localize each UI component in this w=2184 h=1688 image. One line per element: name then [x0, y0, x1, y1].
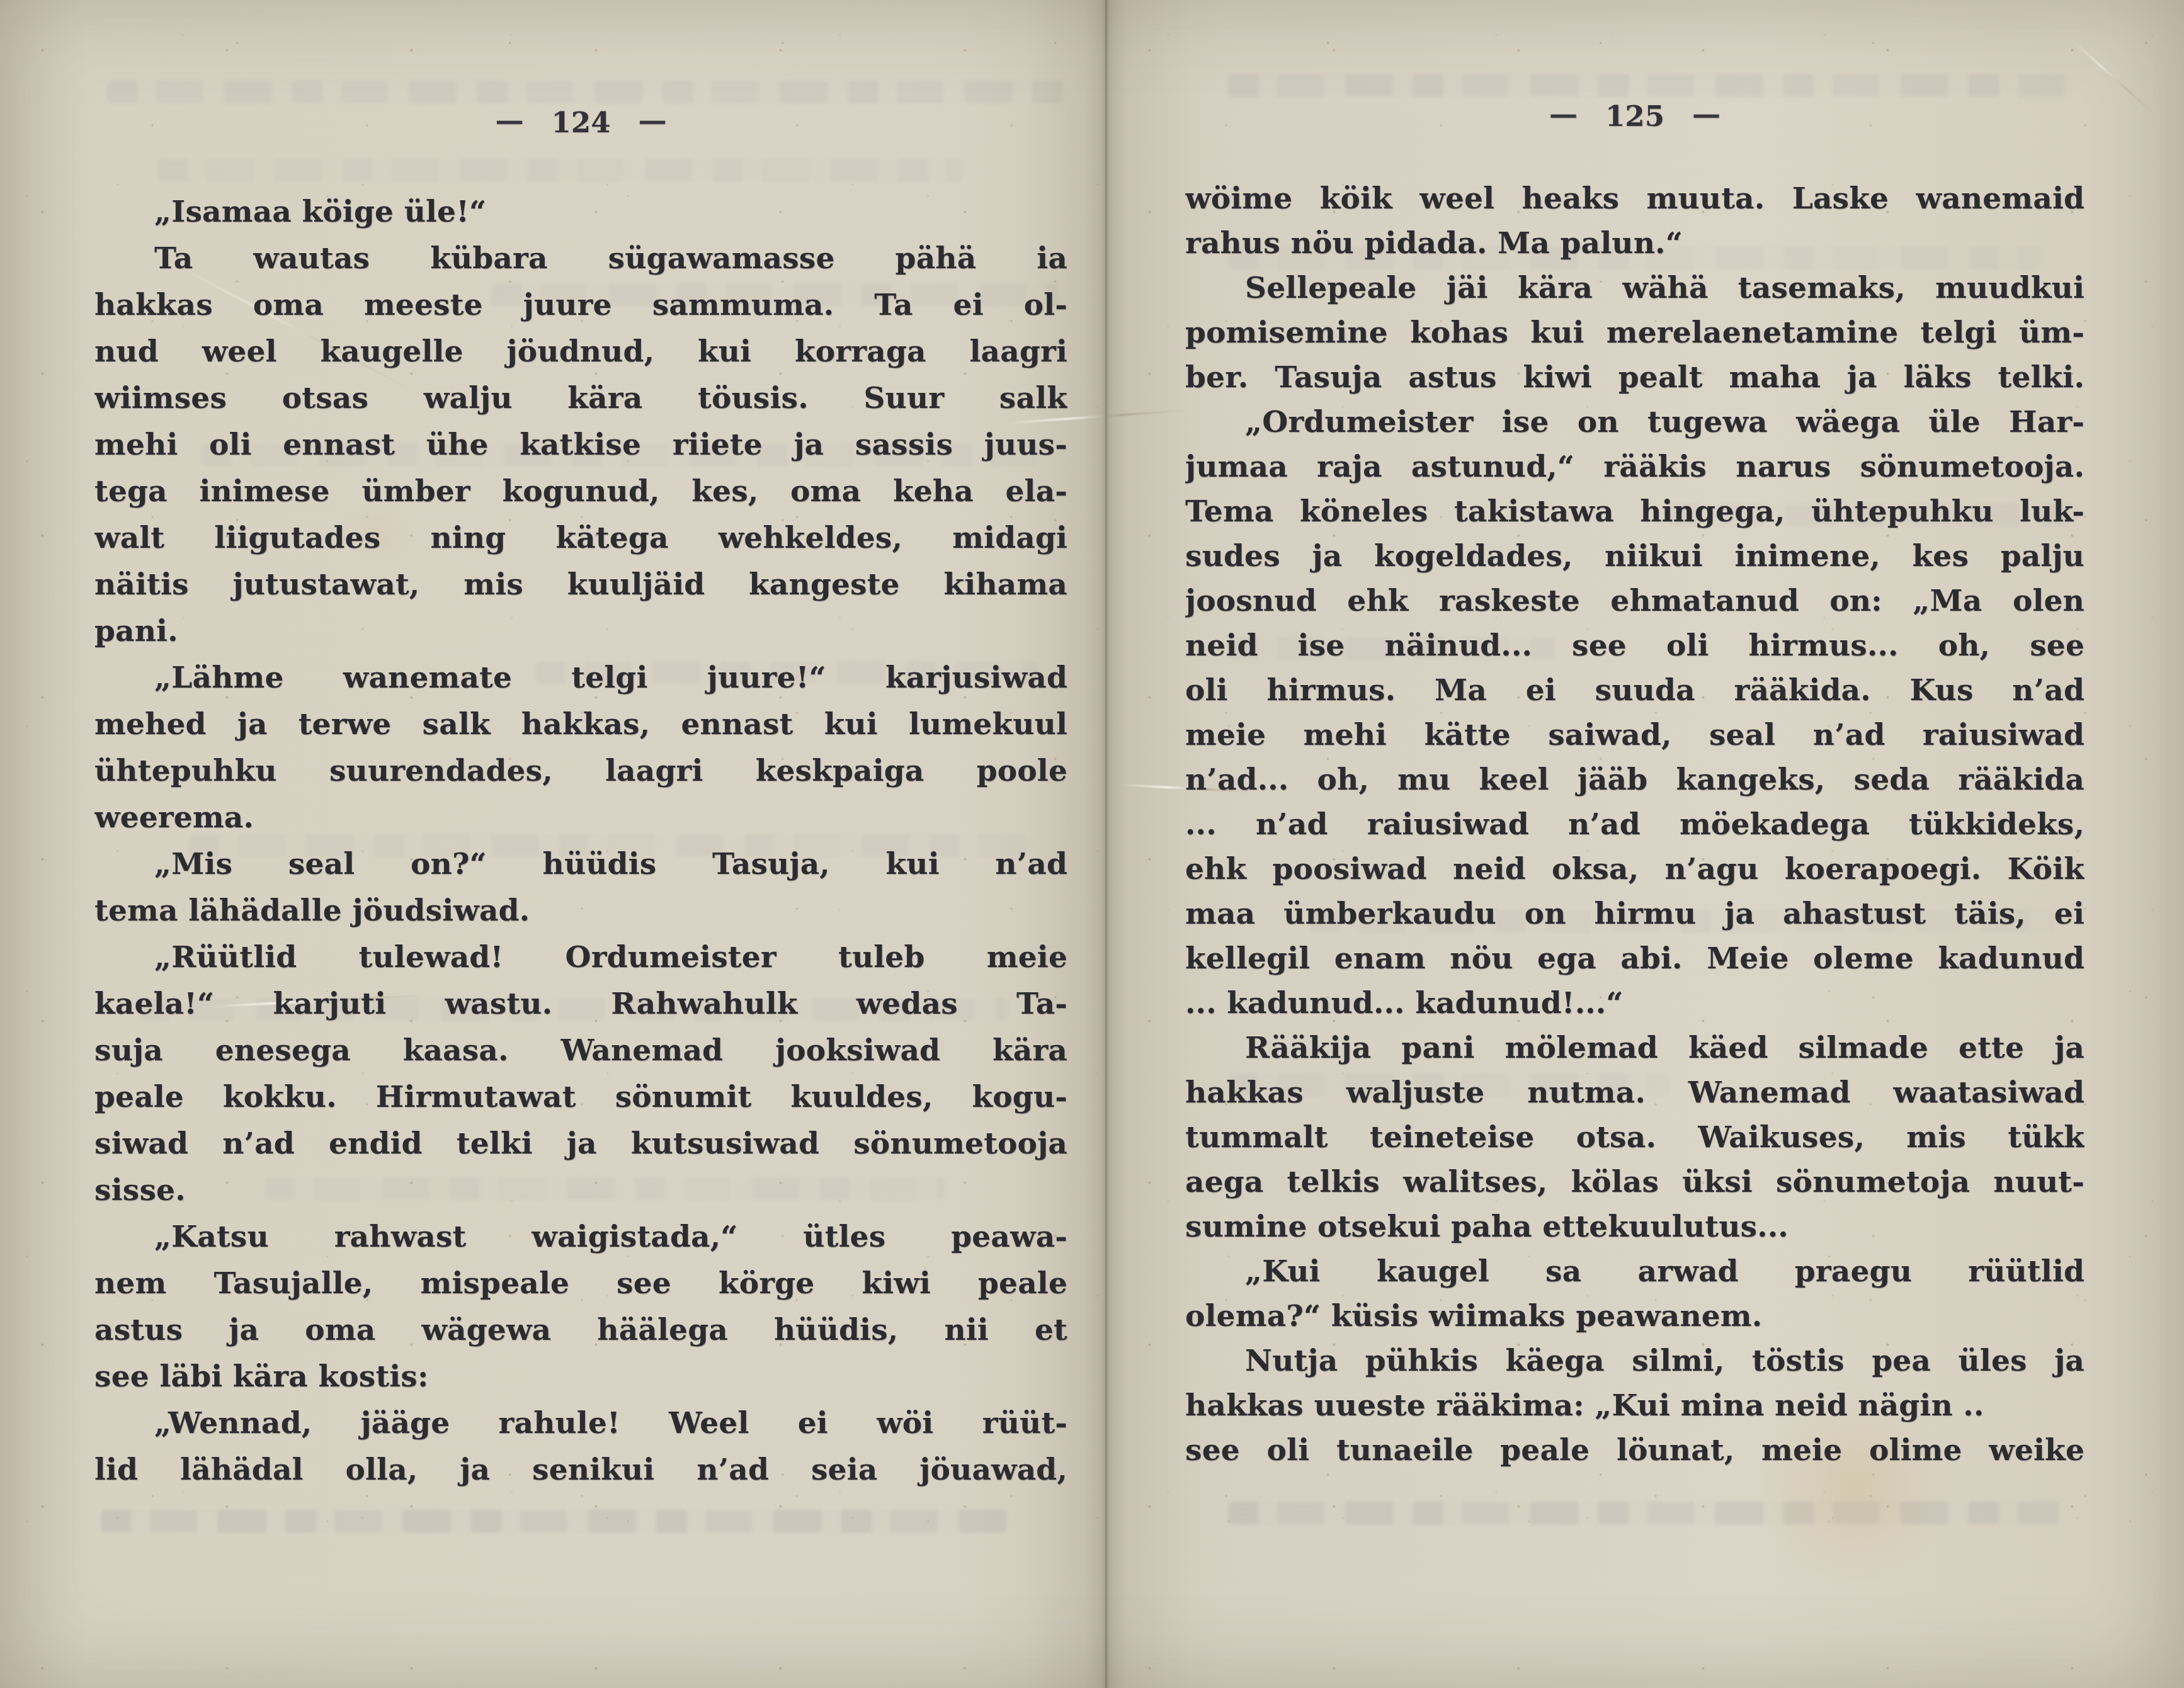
text-line: „Wennad, jääge rahule! Weel ei wöi rüüt- [94, 1400, 1067, 1447]
header-dash-icon: — [638, 103, 666, 137]
showthrough-ghost-line [1228, 74, 2072, 97]
text-line: ühtepuhku suurendades, laagri keskpaiga … [94, 748, 1067, 795]
page-number-header-left: —124— [94, 106, 1067, 139]
text-line: oli hirmus. Ma ei suuda rääkida. Kus n’a… [1185, 668, 2084, 713]
text-line: mehed ja terwe salk hakkas, ennast kui l… [94, 701, 1067, 748]
text-line: Tema köneles takistawa hingega, ühtepuhk… [1185, 489, 2084, 534]
text-column-left: „Isamaa köige üle!“Ta wautas kübara süga… [94, 189, 1067, 1493]
text-line: olema?“ küsis wiimaks peawanem. [1185, 1294, 2084, 1339]
text-line: „Katsu rahwast waigistada,“ ütles peawa- [94, 1214, 1067, 1260]
page-number: 124 [552, 106, 611, 139]
text-line: „Kui kaugel sa arwad praegu rüütlid [1185, 1249, 2084, 1294]
text-line: siwad n’ad endid telki ja kutsusiwad sön… [94, 1121, 1067, 1167]
text-line: ber. Tasuja astus kiwi pealt maha ja läk… [1185, 355, 2084, 400]
text-line: lid lähädal olla, ja senikui n’ad seia j… [94, 1447, 1067, 1493]
text-line: ... kadunud... kadunud!...“ [1185, 981, 2084, 1026]
text-line: „Ordumeister ise on tugewa wäega üle Har… [1185, 400, 2084, 445]
text-line: tega inimese ümber kogunud, kes, oma keh… [94, 468, 1067, 515]
text-line: astus ja oma wägewa häälega hüüdis, nii … [94, 1307, 1067, 1354]
text-line: „Rüütlid tulewad! Ordumeister tuleb meie [94, 934, 1067, 981]
text-line: ... n’ad raiusiwad n’ad möekadega tükkid… [1185, 802, 2084, 847]
text-line: Sellepeale jäi kära wähä tasemaks, muudk… [1185, 266, 2084, 310]
text-line: wöime köik weel heaks muuta. Laske wanem… [1185, 176, 2084, 221]
showthrough-ghost-line [157, 159, 964, 181]
book-gutter-fold-line [1105, 0, 1107, 1688]
text-line: hakkas waljuste nutma. Wanemad waatasiwa… [1185, 1070, 2084, 1115]
text-line: meie mehi kätte saiwad, seal n’ad raiusi… [1185, 713, 2084, 757]
showthrough-ghost-line [107, 81, 1064, 103]
book-spread: —124— „Isamaa köige üle!“Ta wautas kübar… [0, 0, 2184, 1688]
text-line: „Mis seal on?“ hüüdis Tasuja, kui n’ad [94, 841, 1067, 888]
text-line: walt liigutades ning kätega wehkeldes, m… [94, 515, 1067, 562]
text-line: nem Tasujalle, mispeale see körge kiwi p… [94, 1260, 1067, 1307]
text-line: ehk poosiwad neid oksa, n’agu koerapoegi… [1185, 847, 2084, 892]
text-line: maa ümberkaudu on hirmu ja ahastust täis… [1185, 892, 2084, 936]
text-line: sisse. [94, 1167, 1067, 1214]
text-line: sumine otsekui paha ettekuulutus... [1185, 1204, 2084, 1249]
text-line: aega telkis walitses, kölas üksi sönumet… [1185, 1160, 2084, 1204]
text-line: hakkas oma meeste juure sammuma. Ta ei o… [94, 282, 1067, 329]
text-line: peale kokku. Hirmutawat sönumit kuuldes,… [94, 1074, 1067, 1121]
text-line: wiimses otsas walju kära töusis. Suur sa… [94, 375, 1067, 422]
header-dash-icon: — [1549, 97, 1578, 130]
text-line: kellegil enam nöu ega abi. Meie oleme ka… [1185, 936, 2084, 981]
header-dash-icon: — [1692, 97, 1720, 130]
text-line: see oli tunaeile peale löunat, meie olim… [1185, 1428, 2084, 1473]
showthrough-ghost-line [101, 1510, 1008, 1532]
text-line: suja enesega kaasa. Wanemad jooksiwad kä… [94, 1028, 1067, 1074]
text-line: n’ad... oh, mu keel jääb kangeks, seda r… [1185, 757, 2084, 802]
text-line: pani. [94, 608, 1067, 655]
text-line: tema lähädalle jöudsiwad. [94, 888, 1067, 934]
text-line: Nutja pühkis käega silmi, töstis pea üle… [1185, 1339, 2084, 1383]
text-line: Rääkija pani mölemad käed silmade ette j… [1185, 1026, 2084, 1070]
text-line: näitis jutustawat, mis kuuljäid kangeste… [94, 562, 1067, 608]
text-line: rahus nöu pidada. Ma palun.“ [1185, 221, 2084, 266]
text-line: joosnud ehk raskeste ehmatanud on: „Ma o… [1185, 579, 2084, 623]
showthrough-ghost-line [1228, 1502, 2059, 1524]
text-line: Ta wautas kübara sügawamasse pähä ia [94, 235, 1067, 282]
text-line: mehi oli ennast ühe katkise riiete ja sa… [94, 422, 1067, 468]
text-line: hakkas uueste rääkima: „Kui mina neid nä… [1185, 1383, 2084, 1428]
text-line: „Isamaa köige üle!“ [94, 189, 1067, 235]
text-line: neid ise näinud... see oli hirmus... oh,… [1185, 623, 2084, 668]
text-line: see läbi kära kostis: [94, 1354, 1067, 1400]
text-line: jumaa raja astunud,“ rääkis narus sönume… [1185, 445, 2084, 489]
text-line: kaela!“ karjuti wastu. Rahwahulk wedas T… [94, 981, 1067, 1028]
text-line: pomisemine kohas kui merelaenetamine tel… [1185, 310, 2084, 355]
text-line: weerema. [94, 795, 1067, 841]
text-line: tummalt teineteise otsa. Waikuses, mis t… [1185, 1115, 2084, 1160]
text-line: nud weel kaugelle jöudnud, kui korraga l… [94, 329, 1067, 375]
text-line: „Lähme wanemate telgi juure!“ karjusiwad [94, 655, 1067, 701]
page-number-header-right: —125— [1185, 99, 2084, 133]
text-column-right: wöime köik weel heaks muuta. Laske wanem… [1185, 176, 2084, 1473]
page-number: 125 [1605, 99, 1664, 133]
text-line: sudes ja kogeldades, niikui inimene, kes… [1185, 534, 2084, 579]
header-dash-icon: — [496, 103, 524, 137]
